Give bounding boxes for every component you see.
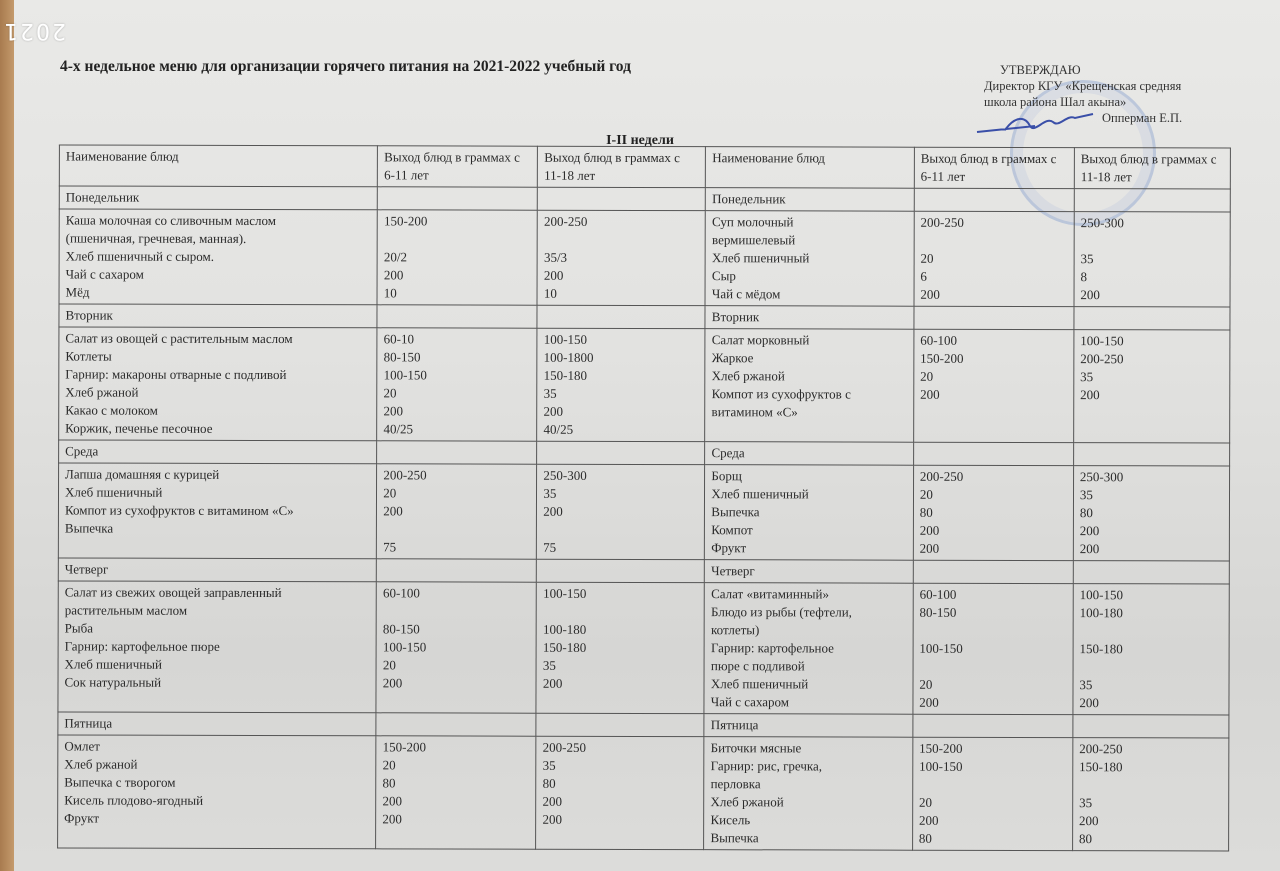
dish-list-right: Салат «витаминный»Блюдо из рыбы (тефтели… <box>704 583 913 715</box>
yield-6-11-right: 200-2502080200200 <box>913 465 1073 560</box>
dish-yield: 20 <box>919 676 1066 694</box>
dish-yield: 200 <box>1079 812 1222 830</box>
dish-name: (пшеничная, гречневая, манная). <box>66 229 371 248</box>
dish-yield: 250-300 <box>1081 214 1224 232</box>
day-label-right: Вторник <box>705 306 914 330</box>
table-header-row: Наименование блюд Выход блюд в граммах с… <box>59 145 1230 189</box>
day-label-left: Понедельник <box>59 186 377 210</box>
empty-cell <box>377 305 537 328</box>
dish-yield: 100-180 <box>543 621 698 639</box>
date-overlay: 2021 <box>2 18 66 43</box>
empty-cell <box>378 187 538 210</box>
dish-yield: 100-150 <box>919 640 1066 658</box>
empty-cell <box>914 188 1074 211</box>
table-row: Салат из овощей с растительным масломКот… <box>59 327 1230 443</box>
day-label-right: Четверг <box>705 560 914 584</box>
dish-yield: 100-150 <box>544 331 699 349</box>
dish-name: Чай с сахаром <box>66 265 371 284</box>
empty-cell <box>1073 443 1229 466</box>
dish-yield: 200 <box>544 267 699 285</box>
dish-yield <box>919 658 1066 676</box>
dish-name: Чай с сахаром <box>711 693 907 712</box>
dish-yield: 10 <box>544 285 699 303</box>
dish-yield: 20 <box>383 656 530 674</box>
dish-yield <box>1080 404 1223 422</box>
dish-yield: 35 <box>1079 794 1222 812</box>
day-header-row: СредаСреда <box>59 440 1230 466</box>
dish-name: Выпечка <box>65 519 370 538</box>
day-label-right: Среда <box>705 442 914 466</box>
day-label-right: Понедельник <box>706 188 915 212</box>
dish-yield <box>1079 776 1222 794</box>
dish-yield: 200 <box>919 812 1066 830</box>
dish-yield: 200 <box>920 286 1067 304</box>
dish-yield <box>919 776 1066 794</box>
dish-yield: 200 <box>382 792 529 810</box>
yield-6-11-left: 60-10080-150100-15020200 <box>376 582 536 713</box>
dish-yield: 200-250 <box>1080 350 1223 368</box>
yield-6-11-right: 60-10080-150100-15020200 <box>913 583 1073 714</box>
empty-cell <box>376 713 536 736</box>
dish-yield: 200-250 <box>920 468 1067 486</box>
dish-name: растительным маслом <box>65 601 370 620</box>
dish-yield: 200 <box>1080 540 1223 558</box>
day-label-left: Вторник <box>59 304 377 328</box>
dish-yield: 200-250 <box>921 214 1068 232</box>
header-yield-6-11: Выход блюд в граммах с 6-11 лет <box>378 146 538 187</box>
dish-yield: 20 <box>919 794 1066 812</box>
day-label-left: Пятница <box>58 712 376 736</box>
dish-yield: 10 <box>384 284 531 302</box>
dish-name: Котлеты <box>65 347 370 366</box>
header-dish-name: Наименование блюд <box>59 145 377 187</box>
empty-cell <box>913 714 1073 737</box>
dish-yield <box>920 232 1067 250</box>
dish-yield: 40/25 <box>383 420 530 438</box>
yield-6-11-left: 150-2002080200200 <box>376 736 536 849</box>
dish-yield: 20 <box>920 368 1067 386</box>
dish-list-left: Лапша домашняя с курицейХлеб пшеничныйКо… <box>58 463 377 559</box>
dish-list-right: Биточки мясныеГарнир: рис, гречка,перлов… <box>704 737 913 851</box>
dish-yield: 20 <box>920 486 1067 504</box>
dish-yield: 75 <box>543 539 698 557</box>
dish-name: Фрукт <box>64 809 369 828</box>
dish-yield <box>1079 658 1222 676</box>
dish-name: Хлеб ржаной <box>65 383 370 402</box>
empty-cell <box>537 305 705 328</box>
dish-yield: 150-200 <box>919 740 1066 758</box>
dish-name: Гарнир: рис, гречка, <box>711 757 907 776</box>
dish-name: Салат «витаминный» <box>711 585 907 604</box>
dish-list-left: Каша молочная со сливочным маслом(пшенич… <box>59 209 378 305</box>
dish-yield <box>543 521 698 539</box>
dish-yield: 250-300 <box>1080 468 1223 486</box>
document-title: 4-х недельное меню для организации горяч… <box>60 58 631 76</box>
dish-name: Жаркое <box>712 349 908 368</box>
empty-cell <box>377 441 537 464</box>
dish-list-left: Салат из свежих овощей заправленныйрасти… <box>58 581 377 713</box>
dish-yield: 100-150 <box>543 585 698 603</box>
dish-name: Хлеб пшеничный <box>712 249 908 268</box>
dish-yield: 150-180 <box>543 639 698 657</box>
dish-yield: 100-150 <box>384 366 531 384</box>
dish-yield <box>383 520 530 538</box>
dish-yield: 200 <box>384 266 531 284</box>
dish-yield: 20 <box>384 384 531 402</box>
dish-name: Салат из свежих овощей заправленный <box>65 583 370 602</box>
dish-yield: 80-150 <box>383 620 530 638</box>
yield-11-18-left: 100-150100-180150-18035200 <box>536 582 704 713</box>
dish-yield: 60-100 <box>383 584 530 602</box>
dish-name: витамином «С» <box>712 403 908 422</box>
yield-11-18-right: 250-300358200 <box>1074 212 1230 307</box>
dish-name: Салат из овощей с растительным маслом <box>65 329 370 348</box>
approval-position: Директор КГУ «Крещенская средняя <box>984 78 1182 94</box>
approval-director-name: Опперман Е.П. <box>984 110 1182 126</box>
dish-yield: 35/3 <box>544 249 699 267</box>
dish-yield: 200 <box>543 503 698 521</box>
day-header-row: ПятницаПятница <box>58 712 1229 738</box>
yield-11-18-right: 200-250150-1803520080 <box>1072 738 1228 851</box>
dish-name: Выпечка с творогом <box>64 773 369 792</box>
dish-name: Гарнир: картофельное <box>711 639 907 658</box>
dish-yield: 200 <box>1079 694 1222 712</box>
dish-yield <box>919 622 1066 640</box>
dish-name: Блюдо из рыбы (тефтели, <box>711 603 907 622</box>
dish-yield <box>543 603 698 621</box>
dish-yield: 200 <box>543 793 698 811</box>
dish-name: Хлеб ржаной <box>712 367 908 386</box>
dish-yield: 100-150 <box>1080 332 1223 350</box>
dish-yield: 200 <box>919 694 1066 712</box>
dish-name: Фрукт <box>711 539 907 558</box>
header-yield-11-18: Выход блюд в граммах с 11-18 лет <box>1074 148 1230 189</box>
dish-yield: 35 <box>543 757 698 775</box>
dish-yield: 75 <box>383 538 530 556</box>
dish-yield: 100-150 <box>919 758 1066 776</box>
dish-yield: 35 <box>543 657 698 675</box>
dish-name <box>65 537 370 556</box>
yield-6-11-left: 150-20020/220010 <box>377 210 537 305</box>
dish-name: Выпечка <box>711 503 907 522</box>
yield-6-11-right: 60-100150-20020200 <box>913 329 1073 442</box>
dish-yield: 150-200 <box>383 738 530 756</box>
dish-yield: 20 <box>383 484 530 502</box>
day-header-row: ВторникВторник <box>59 304 1230 330</box>
dish-name: Коржик, печенье песочное <box>65 419 370 438</box>
dish-yield: 200 <box>1080 286 1223 304</box>
dish-name: Борщ <box>711 467 907 486</box>
dish-yield: 80 <box>920 504 1067 522</box>
dish-yield: 8 <box>1080 268 1223 286</box>
dish-name: Компот из сухофруктов с <box>712 385 908 404</box>
dish-name: Гарнир: картофельное пюре <box>65 637 370 656</box>
day-label-right: Пятница <box>704 714 913 738</box>
dish-yield: 40/25 <box>543 421 698 439</box>
dish-name: пюре с подливой <box>711 657 907 676</box>
yield-11-18-left: 200-2503580200200 <box>536 736 704 849</box>
dish-name: Мёд <box>66 283 371 302</box>
dish-yield: 80 <box>1080 504 1223 522</box>
dish-yield: 200-250 <box>1079 740 1222 758</box>
dish-yield <box>1080 622 1223 640</box>
dish-yield: 60-100 <box>920 332 1067 350</box>
dish-yield: 100-150 <box>1080 586 1223 604</box>
dish-list-right: Суп молочныйвермишелевыйХлеб пшеничныйСы… <box>705 211 914 307</box>
yield-6-11-left: 60-1080-150100-1502020040/25 <box>377 328 537 441</box>
dish-yield: 35 <box>1080 486 1223 504</box>
dish-list-right: Салат морковныйЖаркоеХлеб ржанойКомпот и… <box>705 329 914 443</box>
table-row: Лапша домашняя с курицейХлеб пшеничныйКо… <box>58 463 1229 561</box>
dish-name: Хлеб пшеничный <box>711 485 907 504</box>
dish-list-left: ОмлетХлеб ржанойВыпечка с творогомКисель… <box>58 735 377 849</box>
dish-yield: 100-1800 <box>544 349 699 367</box>
table-row: Салат из свежих овощей заправленныйрасти… <box>58 581 1229 715</box>
dish-yield: 200 <box>544 403 699 421</box>
empty-cell <box>1073 561 1229 584</box>
empty-cell <box>913 560 1073 583</box>
dish-yield: 35 <box>544 385 699 403</box>
dish-name: Суп молочный <box>712 213 908 232</box>
yield-11-18-right: 250-3003580200200 <box>1073 466 1229 561</box>
dish-name: Компот <box>711 521 907 540</box>
dish-name: Хлеб пшеничный <box>65 483 370 502</box>
dish-name: Каша молочная со сливочным маслом <box>66 211 371 230</box>
dish-yield: 100-150 <box>383 638 530 656</box>
dish-yield: 200 <box>383 502 530 520</box>
dish-yield: 150-180 <box>544 367 699 385</box>
dish-yield: 200 <box>1080 386 1223 404</box>
approval-block: УТВЕРЖДАЮ Директор КГУ «Крещенская средн… <box>984 62 1182 126</box>
empty-cell <box>538 187 706 210</box>
empty-cell <box>377 559 537 582</box>
dish-yield: 200-250 <box>544 213 699 231</box>
dish-yield: 150-200 <box>920 350 1067 368</box>
header-dish-name: Наименование блюд <box>706 147 915 189</box>
dish-name: Хлеб пшеничный <box>65 655 370 674</box>
dish-yield: 20 <box>920 250 1067 268</box>
day-label-left: Четверг <box>58 558 376 582</box>
dish-yield: 200 <box>1080 522 1223 540</box>
dish-yield: 200 <box>920 386 1067 404</box>
dish-yield: 20/2 <box>384 248 531 266</box>
dish-name: Сок натуральный <box>64 673 369 692</box>
dish-yield <box>1081 232 1224 250</box>
dish-yield: 60-100 <box>920 586 1067 604</box>
empty-cell <box>1074 307 1230 330</box>
dish-yield: 35 <box>1080 368 1223 386</box>
dish-name: Биточки мясные <box>711 739 907 758</box>
dish-name: Кисель плодово-ягодный <box>64 791 369 810</box>
dish-name: Хлеб пшеничный <box>711 675 907 694</box>
yield-11-18-left: 200-25035/320010 <box>537 210 705 305</box>
dish-yield: 80 <box>543 775 698 793</box>
header-yield-11-18: Выход блюд в граммах с 11-18 лет <box>538 146 706 187</box>
table-row: Каша молочная со сливочным маслом(пшенич… <box>59 209 1230 307</box>
day-label-left: Среда <box>59 440 377 464</box>
dish-yield: 200 <box>542 811 697 829</box>
dish-yield: 35 <box>1080 250 1223 268</box>
yield-6-11-right: 200-250206200 <box>914 211 1074 306</box>
dish-name: Хлеб ржаной <box>711 793 907 812</box>
dish-yield: 80 <box>1079 830 1222 848</box>
dish-name: котлеты) <box>711 621 907 640</box>
dish-name: Кисель <box>710 811 906 830</box>
dish-yield: 6 <box>920 268 1067 286</box>
menu-body: ПонедельникПонедельникКаша молочная со с… <box>58 186 1231 851</box>
dish-name: Какао с молоком <box>65 401 370 420</box>
dish-yield: 60-10 <box>384 330 531 348</box>
dish-yield: 150-200 <box>384 212 531 230</box>
dish-list-left: Салат из овощей с растительным масломКот… <box>59 327 378 441</box>
header-yield-6-11: Выход блюд в граммах с 6-11 лет <box>914 147 1074 188</box>
dish-yield: 80-150 <box>920 604 1067 622</box>
dish-name: Сыр <box>712 267 908 286</box>
dish-yield: 200 <box>543 675 698 693</box>
dish-yield: 200 <box>383 674 530 692</box>
empty-cell <box>536 713 704 736</box>
dish-name: Салат морковный <box>712 331 908 350</box>
dish-list-right: БорщХлеб пшеничныйВыпечкаКомпотФрукт <box>705 465 914 561</box>
dish-yield: 80 <box>383 774 530 792</box>
yield-11-18-left: 100-150100-1800150-1803520040/25 <box>537 328 705 441</box>
dish-yield <box>544 231 699 249</box>
dish-yield: 200-250 <box>383 466 530 484</box>
empty-cell <box>914 306 1074 329</box>
empty-cell <box>913 442 1073 465</box>
dish-name: Рыба <box>65 619 370 638</box>
dish-name: Гарнир: макароны отварные с подливой <box>65 365 370 384</box>
day-header-row: ЧетвергЧетверг <box>58 558 1229 584</box>
dish-yield <box>383 602 530 620</box>
approval-school: школа района Шал акына» <box>984 94 1182 110</box>
dish-yield: 200 <box>382 810 529 828</box>
dish-name: Хлеб ржаной <box>64 755 369 774</box>
dish-yield: 35 <box>1079 676 1222 694</box>
dish-name: Компот из сухофруктов с витамином «С» <box>65 501 370 520</box>
dish-yield: 200 <box>383 402 530 420</box>
empty-cell <box>537 559 705 582</box>
dish-yield <box>920 404 1067 422</box>
day-header-row: ПонедельникПонедельник <box>59 186 1230 212</box>
dish-name: Лапша домашняя с курицей <box>65 465 370 484</box>
dish-name: Выпечка <box>710 829 906 848</box>
yield-11-18-left: 250-3003520075 <box>537 464 705 559</box>
yield-11-18-right: 100-150200-25035200 <box>1074 330 1230 443</box>
empty-cell <box>537 441 705 464</box>
approval-heading: УТВЕРЖДАЮ <box>984 62 1182 78</box>
dish-yield: 150-180 <box>1079 758 1222 776</box>
dish-name: Чай с мёдом <box>712 285 908 304</box>
dish-yield: 80 <box>919 830 1066 848</box>
yield-11-18-right: 100-150100-180150-18035200 <box>1073 584 1229 715</box>
dish-yield: 35 <box>543 485 698 503</box>
dish-yield: 20 <box>383 756 530 774</box>
dish-name: вермишелевый <box>712 231 908 250</box>
dish-yield: 250-300 <box>543 467 698 485</box>
empty-cell <box>1074 189 1230 212</box>
yield-6-11-right: 150-200100-1502020080 <box>912 737 1072 850</box>
menu-table: Наименование блюд Выход блюд в граммах с… <box>57 144 1231 851</box>
dish-name: перловка <box>711 775 907 794</box>
desk-background <box>0 0 14 871</box>
dish-name: Хлеб пшеничный с сыром. <box>66 247 371 266</box>
dish-yield: 200 <box>920 522 1067 540</box>
dish-yield: 80-150 <box>384 348 531 366</box>
dish-yield <box>384 230 531 248</box>
dish-yield: 200 <box>920 540 1067 558</box>
dish-yield: 100-180 <box>1080 604 1223 622</box>
yield-6-11-left: 200-2502020075 <box>377 464 537 559</box>
table-row: ОмлетХлеб ржанойВыпечка с творогомКисель… <box>58 735 1229 851</box>
empty-cell <box>1073 715 1229 738</box>
dish-name: Омлет <box>64 737 369 756</box>
dish-yield: 150-180 <box>1079 640 1222 658</box>
dish-yield: 200-250 <box>543 739 698 757</box>
